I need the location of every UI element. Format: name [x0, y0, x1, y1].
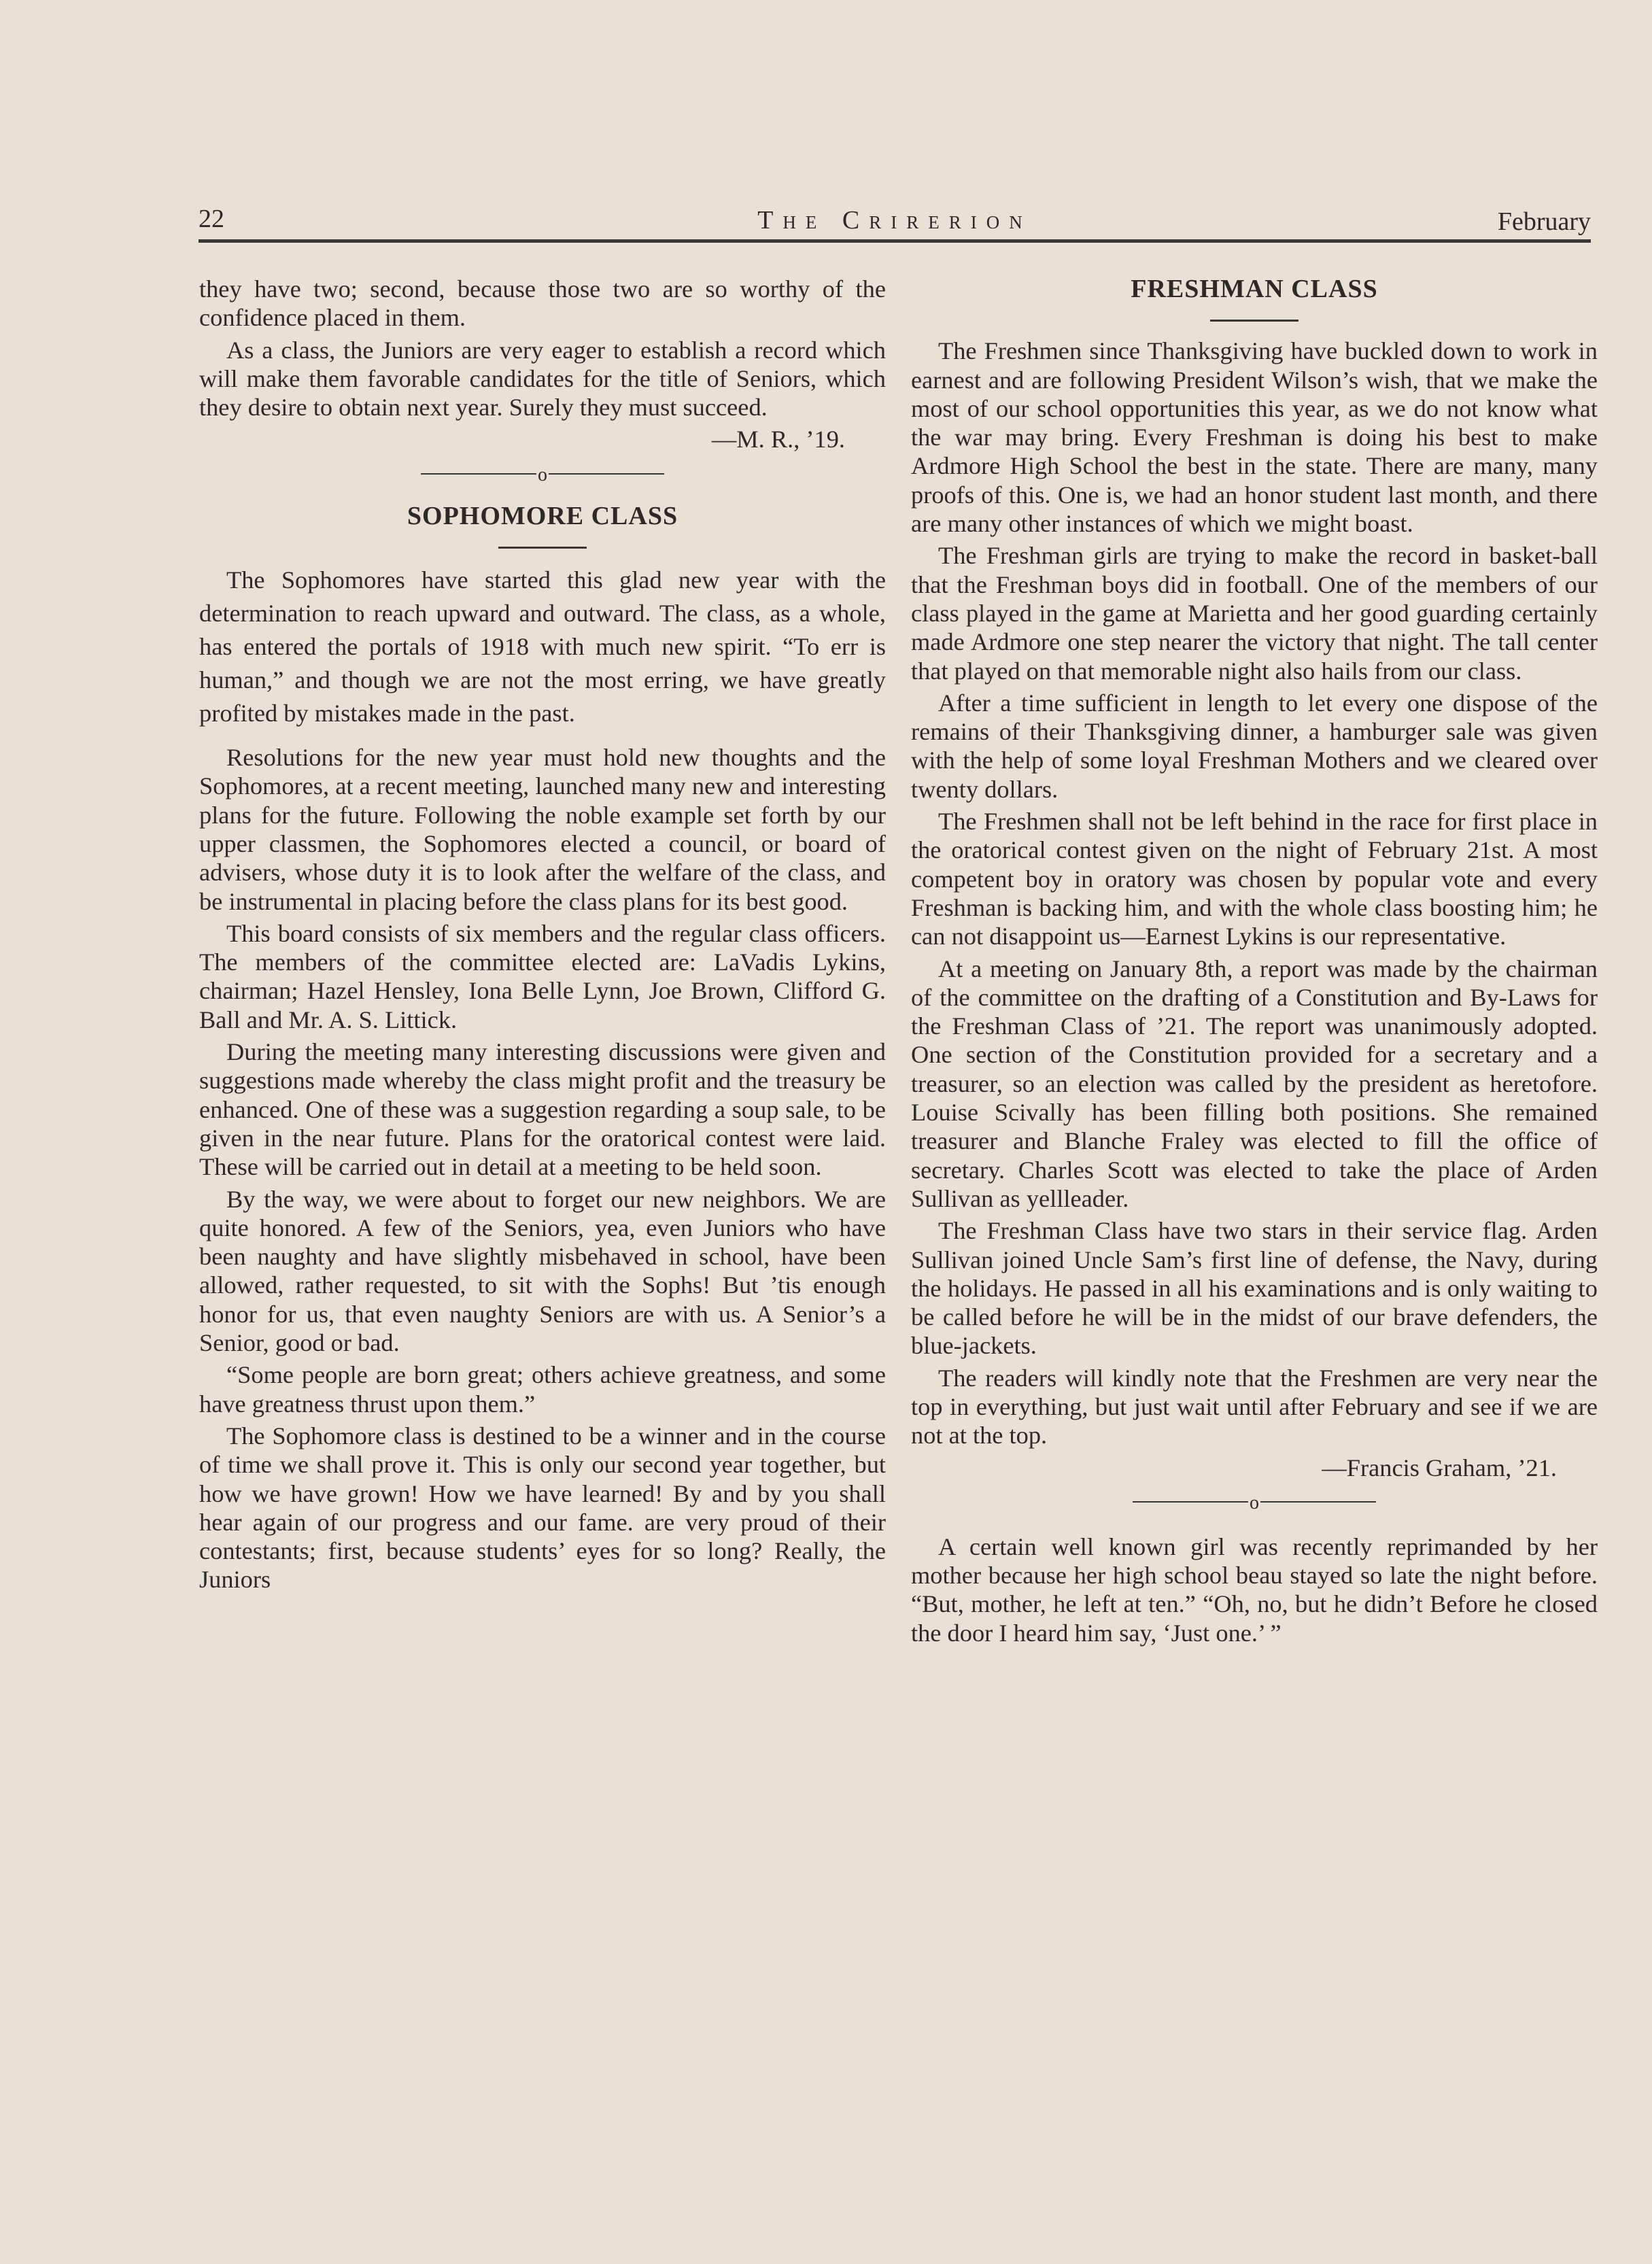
sophomore-paragraph: This board consists of six members and t…	[199, 919, 886, 1034]
sophomore-paragraph: “Some people are born great; others achi…	[199, 1360, 886, 1418]
separator-ornament: o	[1248, 1496, 1260, 1510]
freshman-paragraph: The Freshmen since Thanksgiving have buc…	[911, 337, 1598, 538]
sophomore-paragraph: The Sophomore class is destined to be a …	[199, 1422, 886, 1594]
freshman-paragraph: The readers will kindly note that the Fr…	[911, 1364, 1598, 1450]
freshman-paragraph: At a meeting on January 8th, a report wa…	[911, 955, 1598, 1214]
sophomore-paragraph: By the way, we were about to forget our …	[199, 1185, 886, 1358]
journal-title: The Crirerion	[199, 205, 1591, 235]
header-rule	[199, 239, 1591, 243]
sophomore-intro-paragraph: The Sophomores have started this glad ne…	[199, 564, 886, 730]
freshman-paragraph: The Freshmen shall not be left behind in…	[911, 807, 1598, 950]
left-column: they have two; second, because those two…	[199, 275, 886, 1598]
separator-line	[1260, 1501, 1376, 1503]
separator-line	[549, 473, 664, 475]
separator-line	[421, 473, 536, 475]
section-separator: o	[911, 1492, 1598, 1512]
freshman-signature: —Francis Graham, ’21.	[911, 1454, 1598, 1482]
section-separator: o	[199, 464, 886, 484]
sophomore-paragraph: Resolutions for the new year must hold n…	[199, 743, 886, 916]
running-header: 22 The Crirerion February	[199, 204, 1591, 245]
junior-signature: —M. R., ’19.	[199, 425, 886, 453]
freshman-paragraph: After a time sufficient in length to let…	[911, 689, 1598, 804]
separator-ornament: o	[536, 468, 549, 482]
sophomore-title: SOPHOMORE CLASS	[199, 502, 886, 530]
freshman-title: FRESHMAN CLASS	[911, 275, 1598, 303]
separator-line	[1133, 1501, 1248, 1503]
issue-month: February	[1498, 207, 1591, 237]
right-column: FRESHMAN CLASS The Freshmen since Thanks…	[911, 275, 1598, 1651]
title-rule	[498, 547, 587, 549]
title-rule	[1210, 320, 1298, 322]
sophomore-paragraph: During the meeting many interesting disc…	[199, 1037, 886, 1181]
anecdote-paragraph: A certain well known girl was recently r…	[911, 1532, 1598, 1647]
carryover-paragraph: they have two; second, because those two…	[199, 275, 886, 332]
carryover-paragraph: As a class, the Juniors are very eager t…	[199, 336, 886, 422]
freshman-paragraph: The Freshman Class have two stars in the…	[911, 1216, 1598, 1360]
freshman-paragraph: The Freshman girls are trying to make th…	[911, 541, 1598, 685]
